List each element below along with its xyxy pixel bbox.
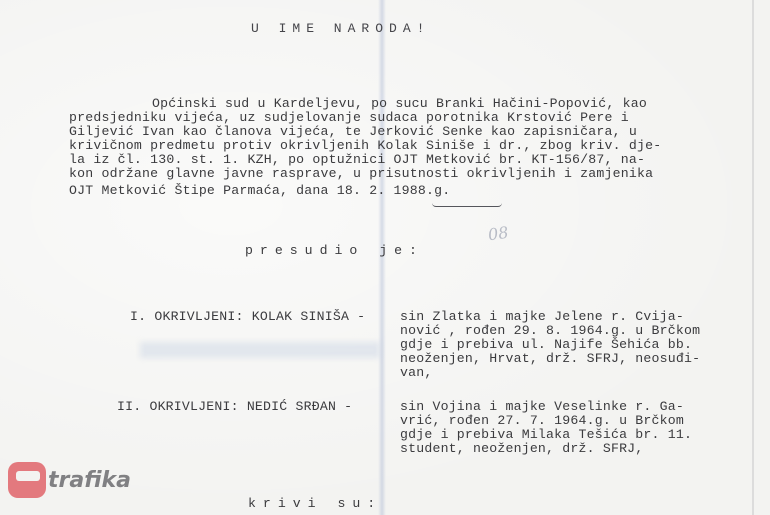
defendant-detail: van, bbox=[400, 366, 432, 379]
intro-line: OJT Metković Štipe Parmaća, dana 18. 2. … bbox=[69, 184, 450, 197]
defendant-detail: nović , rođen 29. 8. 1964.g. u Brčkom bbox=[400, 324, 700, 337]
right-margin-line bbox=[752, 0, 754, 515]
intro-line: la iz čl. 130. st. 1. KZH, po optužnici … bbox=[69, 153, 645, 166]
defendant-detail: vrić, rođen 27. 7. 1964.g. u Brčkom bbox=[400, 414, 684, 427]
intro-line: kon održane glavne javne rasprave, u pri… bbox=[69, 167, 653, 180]
intro-line: krivičnom predmetu protiv okrivljenih Ko… bbox=[69, 139, 661, 152]
defendant-detail: gdje i prebiva ul. Najife Šehića bb. bbox=[400, 338, 692, 351]
defendant-detail: sin Zlatka i majke Jelene r. Cvija- bbox=[400, 310, 684, 323]
defendant-detail: sin Vojina i majke Veselinke r. Ga- bbox=[400, 400, 684, 413]
watermark-text: trafika bbox=[48, 468, 131, 493]
watermark-logo: trafika bbox=[8, 462, 131, 498]
handwritten-note: 08 bbox=[487, 223, 510, 245]
intro-line: Općinski sud u Kardeljevu, po sucu Brank… bbox=[152, 97, 647, 110]
guilty-heading: krivi su: bbox=[248, 497, 382, 510]
watermark-badge-icon bbox=[8, 462, 46, 498]
paper-stain bbox=[140, 342, 380, 358]
intro-line: Giljević Ivan kao članova vijeća, te Jer… bbox=[69, 125, 637, 138]
defendant-label: I. OKRIVLJENI: KOLAK SINIŠA - bbox=[130, 310, 365, 323]
defendant-detail: gdje i prebiva Milaka Tešića br. 11. bbox=[400, 428, 692, 441]
scanned-document-page: U IME NARODA! Općinski sud u Kardeljevu,… bbox=[0, 0, 770, 515]
intro-line: predsjedniku vijeća, uz sudjelovanje sud… bbox=[69, 111, 629, 124]
defendant-detail: student, neoženjen, drž. SFRJ, bbox=[400, 442, 643, 455]
document-heading: U IME NARODA! bbox=[251, 22, 430, 35]
defendant-label: II. OKRIVLJENI: NEDIĆ SRĐAN - bbox=[117, 400, 352, 413]
defendant-detail: neoženjen, Hrvat, drž. SFRJ, neosuđi- bbox=[400, 352, 700, 365]
verdict-heading: presudio je: bbox=[245, 244, 424, 257]
date-underline-mark bbox=[432, 203, 502, 207]
